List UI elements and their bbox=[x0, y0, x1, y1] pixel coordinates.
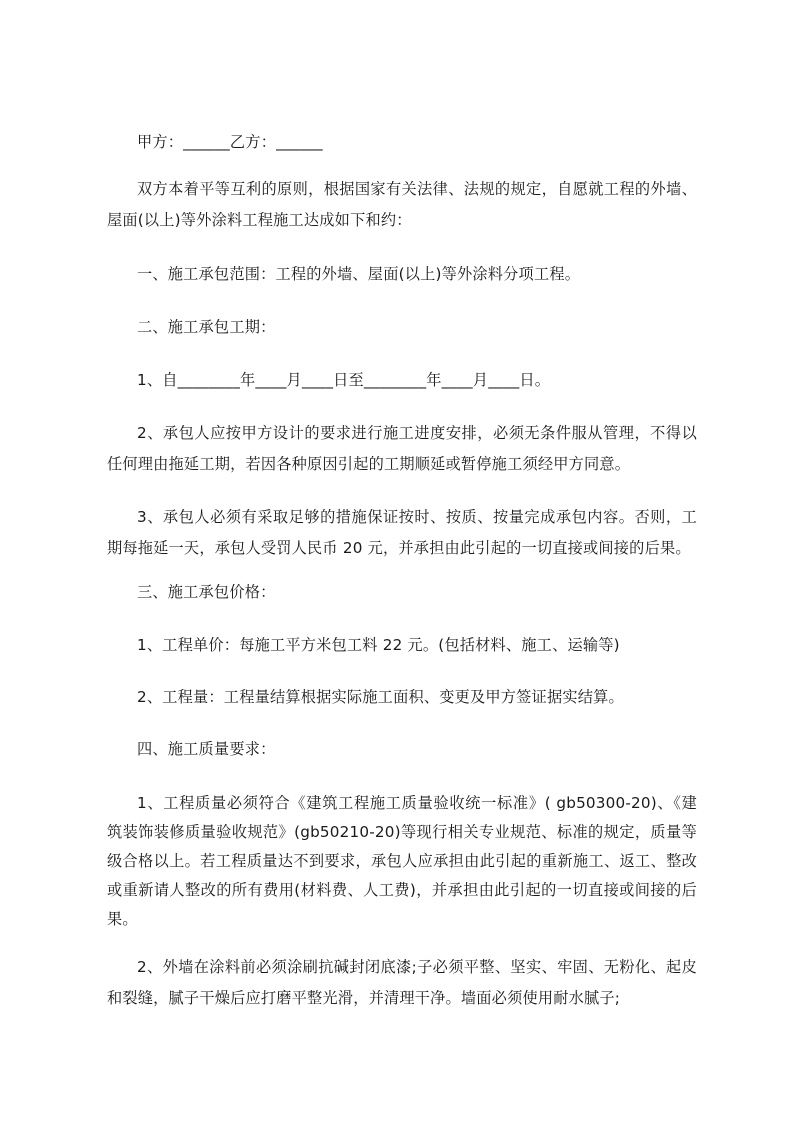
intro-paragraph: 双方本着平等互利的原则，根据国家有关法律、法规的规定，自愿就工程的外墙、屋面(以… bbox=[107, 174, 697, 236]
section-4-item-2: 2、外墙在涂料前必须涂刷抗碱封闭底漆;子必须平整、坚实、牢固、无粉化、起皮和裂缝… bbox=[107, 952, 697, 1014]
document-page: 甲方：______乙方：______ 双方本着平等互利的原则，根据国家有关法律、… bbox=[0, 0, 793, 1122]
section-3-item-1: 1、工程单价：每施工平方米包工料 22 元。(包括材料、施工、运输等) bbox=[107, 630, 697, 661]
section-1-scope: 一、施工承包范围：工程的外墙、屋面(以上)等外涂料分项工程。 bbox=[107, 259, 697, 290]
section-3-heading: 三、施工承包价格： bbox=[107, 577, 697, 608]
section-4-item-1: 1、工程质量必须符合《建筑工程施工质量验收统一标准》( gb50300-20)、… bbox=[107, 789, 697, 934]
section-2-heading: 二、施工承包工期： bbox=[107, 312, 697, 343]
section-2-item-1: 1、自________年____月____日至________年____月___… bbox=[107, 365, 697, 396]
parties-line: 甲方：______乙方：______ bbox=[107, 127, 697, 158]
section-3-item-2: 2、工程量：工程量结算根据实际施工面积、变更及甲方签证据实结算。 bbox=[107, 682, 697, 713]
section-2-item-3: 3、承包人必须有采取足够的措施保证按时、按质、按量完成承包内容。否则，工期每拖延… bbox=[107, 502, 697, 564]
section-2-item-2: 2、承包人应按甲方设计的要求进行施工进度安排，必须无条件服从管理，不得以任何理由… bbox=[107, 418, 697, 480]
section-4-heading: 四、施工质量要求： bbox=[107, 734, 697, 765]
